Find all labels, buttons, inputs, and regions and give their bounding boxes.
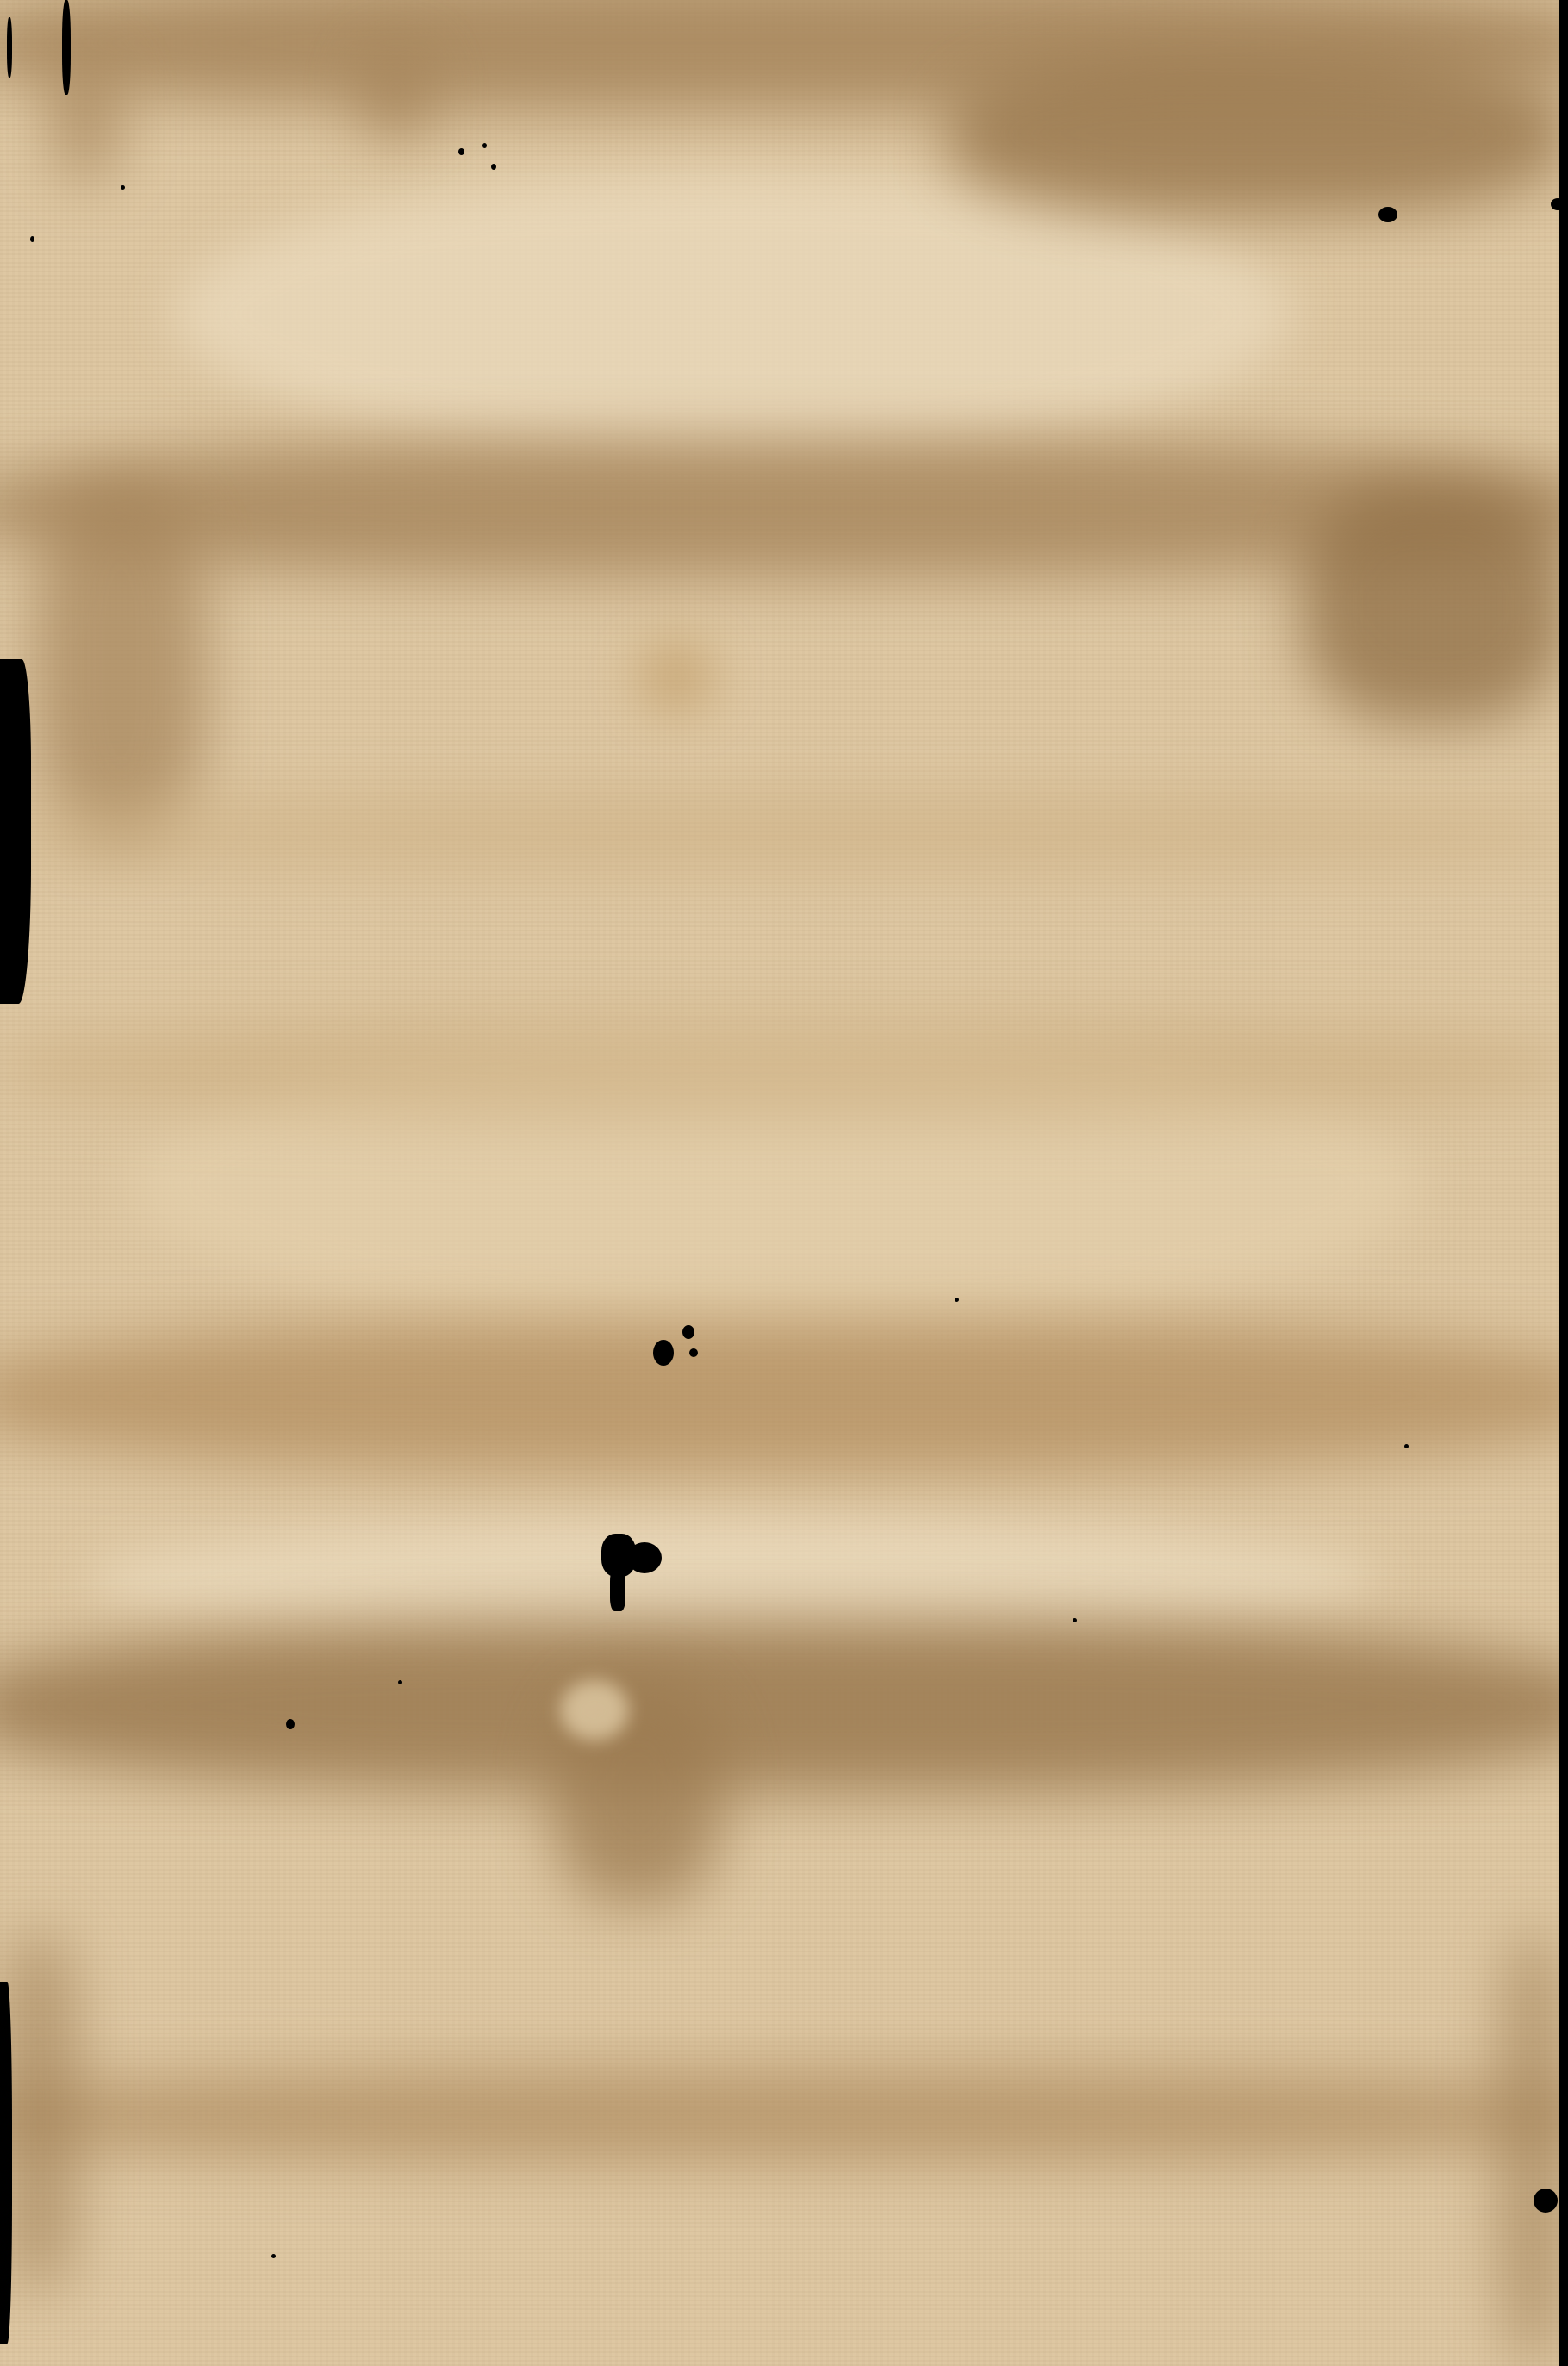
burn-hole xyxy=(1378,207,1397,222)
parchment-paper xyxy=(0,0,1568,2366)
speck xyxy=(482,143,487,148)
speck xyxy=(955,1298,959,1302)
burn-hole-cluster xyxy=(627,1542,662,1573)
speck xyxy=(1404,1444,1409,1448)
burn-hole-cluster xyxy=(653,1340,674,1366)
stain-band-middle xyxy=(0,1318,1568,1473)
stain-band-bottom xyxy=(0,2068,1568,2163)
stain-band-faint xyxy=(0,1017,1568,1120)
speck xyxy=(398,1680,402,1684)
speck xyxy=(1073,1618,1077,1622)
light-patch xyxy=(172,172,1292,457)
stain-band-top xyxy=(948,52,1568,215)
stain-drip xyxy=(362,43,431,138)
torn-edge xyxy=(62,0,71,95)
stain-edge-right xyxy=(1499,1930,1568,2366)
torn-edge xyxy=(0,1982,12,2344)
burn-hole xyxy=(286,1719,295,1729)
speck xyxy=(271,2254,276,2258)
stain-band-lower xyxy=(0,1620,1568,1792)
stain-patch-right xyxy=(1301,483,1568,724)
light-patch xyxy=(560,1680,629,1740)
burn-hole xyxy=(682,1325,694,1339)
burn-hole-cluster xyxy=(610,1568,625,1611)
stain-band-faint xyxy=(0,793,1568,870)
speck xyxy=(121,185,125,190)
stain-spot xyxy=(638,638,715,715)
torn-edge xyxy=(0,659,31,1004)
torn-edge xyxy=(7,17,12,78)
right-border xyxy=(1559,0,1568,2366)
stain-patch-left xyxy=(34,483,207,844)
speck xyxy=(491,164,496,170)
speck xyxy=(458,148,464,155)
burn-hole xyxy=(689,1348,698,1357)
burn-hole xyxy=(1534,2189,1558,2213)
speck xyxy=(30,236,34,242)
